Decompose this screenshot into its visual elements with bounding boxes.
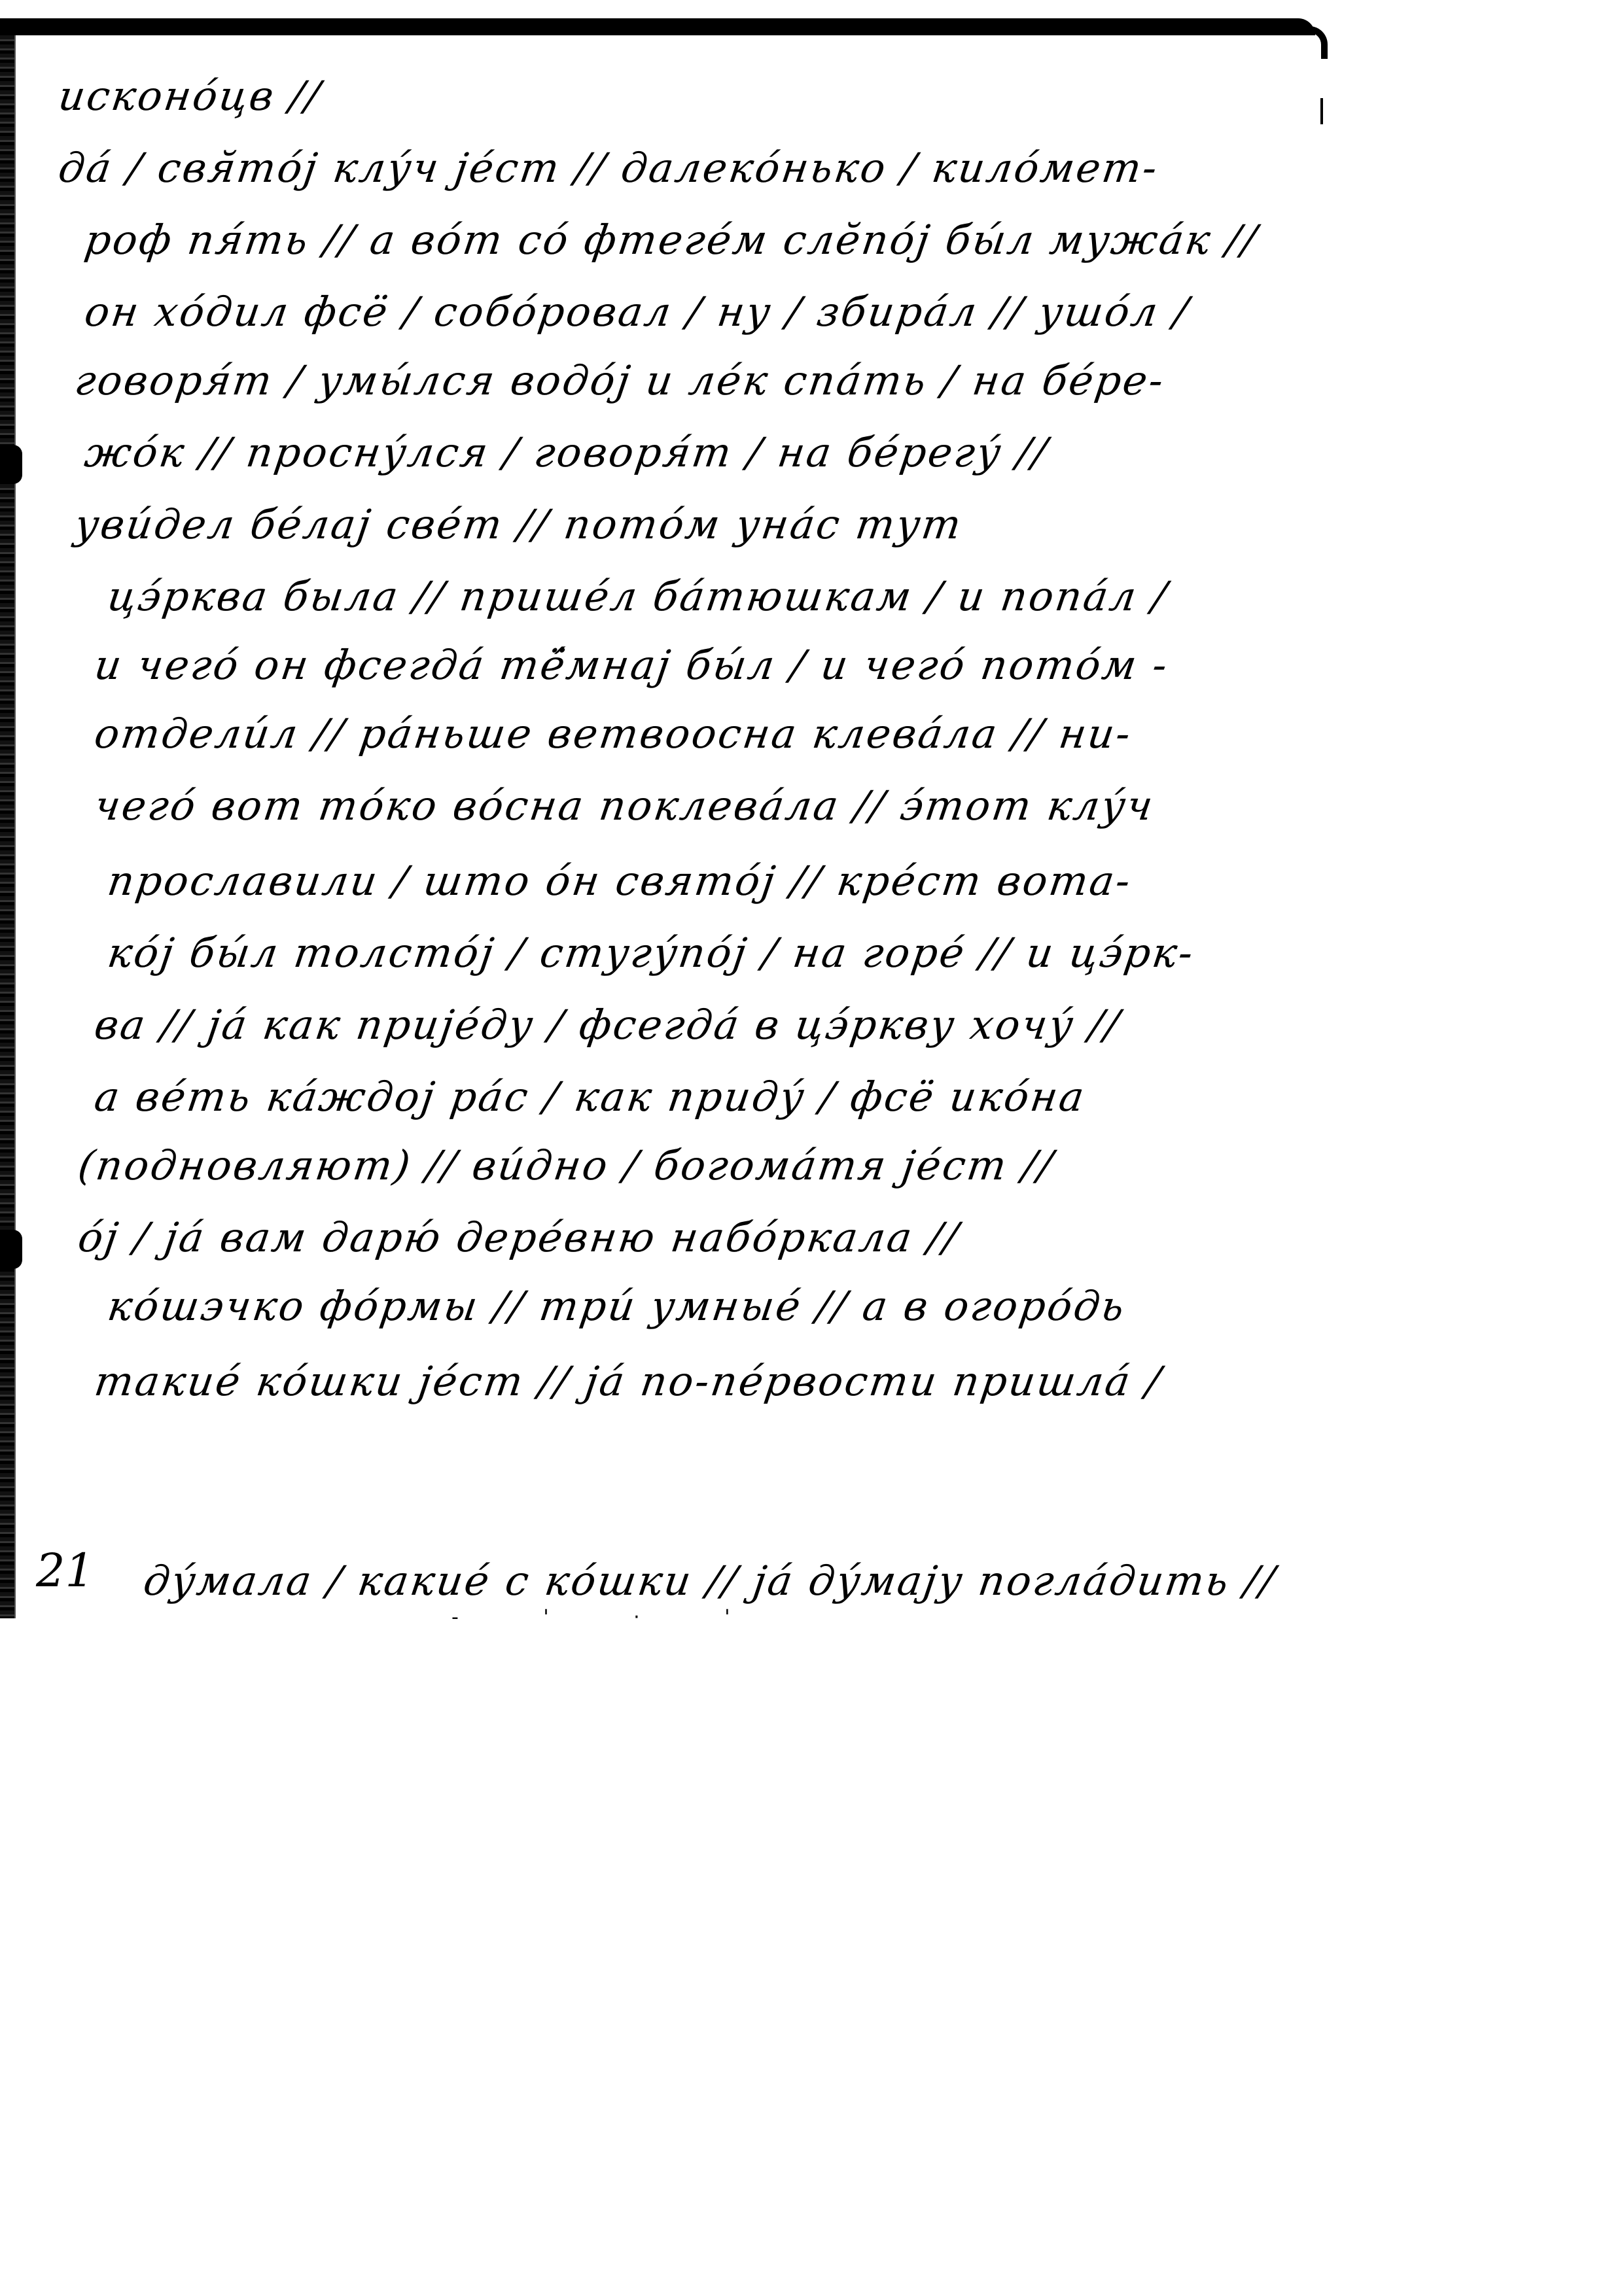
manuscript-line: цэ́рква была // прише́л ба́тюшкам / и по… — [105, 572, 1171, 620]
manuscript-line: он хо́дил фсё / собо́ровал / ну / збира́… — [82, 288, 1193, 336]
binding-clip-bottom — [0, 1230, 22, 1269]
manuscript-line: ко́j бы́л толсто́j / стугу́по́j / на гор… — [105, 929, 1198, 977]
manuscript-line: и чего́ он фсегда́ тё́мнаj бы́л / и чего… — [92, 641, 1172, 689]
manuscript-line: да́ / свя̆то́j клу́ч jе́ст // далеко́ньк… — [56, 144, 1162, 192]
binding-edge — [14, 35, 16, 1618]
manuscript-line: жо́к // просну́лся / говоря́т / на бе́ре… — [82, 428, 1051, 476]
manuscript-line: такие́ ко́шки jе́ст // jа́ по-пе́рвости … — [92, 1357, 1165, 1405]
manuscript-line: уви́дел бе́лаj све́т // пото́м уна́с тут — [72, 500, 966, 548]
manuscript-line: говоря́т / умы́лся водо́j и ле́к спа́ть … — [72, 357, 1168, 404]
manuscript-line: отдели́л // ра́ньше ветвоосна клева́ла /… — [92, 710, 1135, 757]
margin-mark — [1320, 98, 1323, 124]
manuscript-page: исконо́цв //да́ / свя̆то́j клу́ч jе́ст /… — [0, 0, 1607, 2296]
page-number: 21 — [36, 1544, 94, 1597]
top-corner-curl — [1299, 26, 1328, 59]
manuscript-line: (подновляют) // ви́дно / богома́тя jе́ст… — [75, 1141, 1057, 1189]
manuscript-line: прославили / што о́н свято́j // кре́ст в… — [105, 857, 1135, 905]
manuscript-line: роф пя́ть // а во́т со́ фтеге́м слӗпо́j … — [82, 216, 1262, 264]
manuscript-line: о́j / jа́ вам дарю́ дере́вню набо́ркала … — [75, 1213, 963, 1261]
stray-ink-marks: - ' · ' — [451, 1606, 769, 1629]
top-edge-bar — [0, 18, 1315, 35]
left-binding-strip — [0, 35, 14, 1618]
binding-clip-top — [0, 445, 22, 484]
manuscript-line: ко́шэчко фо́рмы // три́ умные́ // а в ог… — [105, 1282, 1129, 1330]
manuscript-line: ва // jа́ как приjе́ду / фсегда́ в цэ́рк… — [92, 1001, 1124, 1049]
manuscript-line: чего́ вот то́ко во́сна поклева́ла // э́т… — [92, 782, 1157, 829]
manuscript-line: ду́мала / какие́ с ко́шки // jа́ ду́маjу… — [141, 1557, 1279, 1605]
manuscript-line: а ве́ть ка́ждоj ра́с / как приду́ / фсё … — [92, 1073, 1089, 1121]
manuscript-line: исконо́цв // — [56, 72, 325, 120]
